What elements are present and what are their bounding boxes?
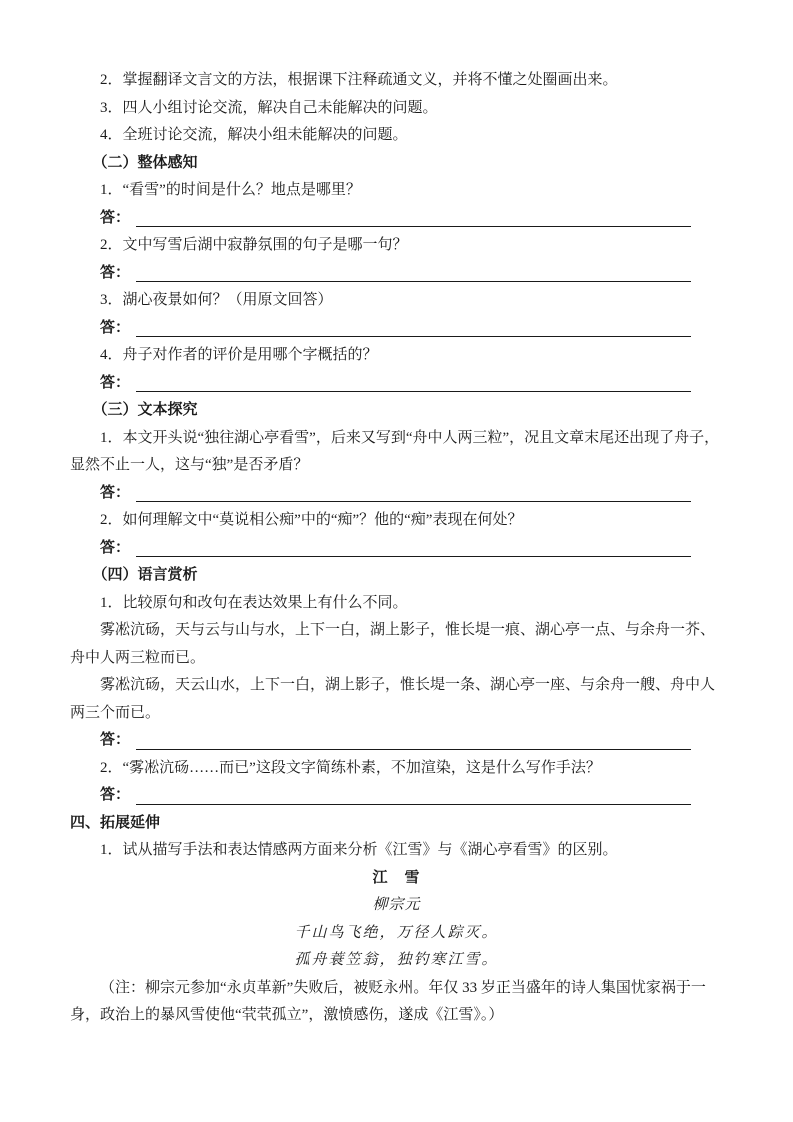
answer-blank-line: [136, 226, 691, 227]
answer-label: 答：: [100, 727, 130, 755]
list-item: 2．掌握翻译文言文的方法，根据课下注释疏通文义，并将不懂之处圈画出来。: [70, 67, 723, 95]
answer-row: 答：: [70, 315, 723, 343]
list-item: 1．比较原句和改句在表达效果上有什么不同。: [70, 590, 723, 618]
list-item: 2．文中写雪后湖中寂静氛围的句子是哪一句？: [70, 232, 723, 260]
list-item: 4．舟子对作者的评价是用哪个字概括的？: [70, 342, 723, 370]
answer-blank-line: [136, 391, 691, 392]
answer-blank-line: [136, 501, 691, 502]
answer-label: 答：: [100, 315, 130, 343]
section-heading: （二）整体感知: [70, 150, 723, 178]
answer-row: 答：: [70, 535, 723, 563]
body-paragraph: 雾凇沆砀，天与云与山与水，上下一白，湖上影子，惟长堤一痕、湖心亭一点、与余舟一芥…: [70, 617, 723, 672]
answer-label: 答：: [100, 535, 130, 563]
worksheet-page: 2．掌握翻译文言文的方法，根据课下注释疏通文义，并将不懂之处圈画出来。3．四人小…: [0, 0, 793, 1122]
section-heading: （四）语言赏析: [70, 562, 723, 590]
list-item: 1．本文开头说“独往湖心亭看雪”，后来又写到“舟中人两三粒”，况且文章末尾还出现…: [70, 425, 723, 480]
answer-blank-line: [136, 749, 691, 750]
list-item: 4．全班讨论交流，解决小组未能解决的问题。: [70, 122, 723, 150]
major-section-heading: 四、拓展延伸: [70, 810, 723, 838]
list-item: 1．“看雪”的时间是什么？地点是哪里？: [70, 177, 723, 205]
answer-blank-line: [136, 336, 691, 337]
poem-line: 孤舟蓑笠翁，独钓寒江雪。: [70, 947, 723, 975]
poem-line: 千山鸟飞绝，万径人踪灭。: [70, 920, 723, 948]
poem-title: 江 雪: [70, 865, 723, 893]
answer-row: 答：: [70, 370, 723, 398]
section-heading: （三）文本探究: [70, 397, 723, 425]
note-paragraph: （注：柳宗元参加“永贞革新”失败后，被贬永州。年仅 33 岁正当盛年的诗人集国忧…: [70, 975, 723, 1030]
list-item: 3．湖心夜景如何？（用原文回答）: [70, 287, 723, 315]
answer-blank-line: [136, 281, 691, 282]
answer-label: 答：: [100, 205, 130, 233]
body-paragraph: 雾凇沆砀，天云山水，上下一白，湖上影子，惟长堤一条、湖心亭一座、与余舟一艘、舟中…: [70, 672, 723, 727]
answer-row: 答：: [70, 782, 723, 810]
answer-blank-line: [136, 804, 691, 805]
answer-row: 答：: [70, 260, 723, 288]
answer-label: 答：: [100, 480, 130, 508]
document-body: 2．掌握翻译文言文的方法，根据课下注释疏通文义，并将不懂之处圈画出来。3．四人小…: [70, 67, 723, 1030]
list-item: 2．如何理解文中“莫说相公痴”中的“痴”？他的“痴”表现在何处？: [70, 507, 723, 535]
list-item: 2．“雾凇沆砀……而已”这段文字简练朴素，不加渲染，这是什么写作手法？: [70, 755, 723, 783]
answer-row: 答：: [70, 205, 723, 233]
answer-label: 答：: [100, 370, 130, 398]
answer-row: 答：: [70, 480, 723, 508]
answer-label: 答：: [100, 260, 130, 288]
answer-label: 答：: [100, 782, 130, 810]
answer-row: 答：: [70, 727, 723, 755]
list-item: 3．四人小组讨论交流，解决自己未能解决的问题。: [70, 95, 723, 123]
poem-author: 柳宗元: [70, 892, 723, 920]
list-item: 1．试从描写手法和表达情感两方面来分析《江雪》与《湖心亭看雪》的区别。: [70, 837, 723, 865]
answer-blank-line: [136, 556, 691, 557]
